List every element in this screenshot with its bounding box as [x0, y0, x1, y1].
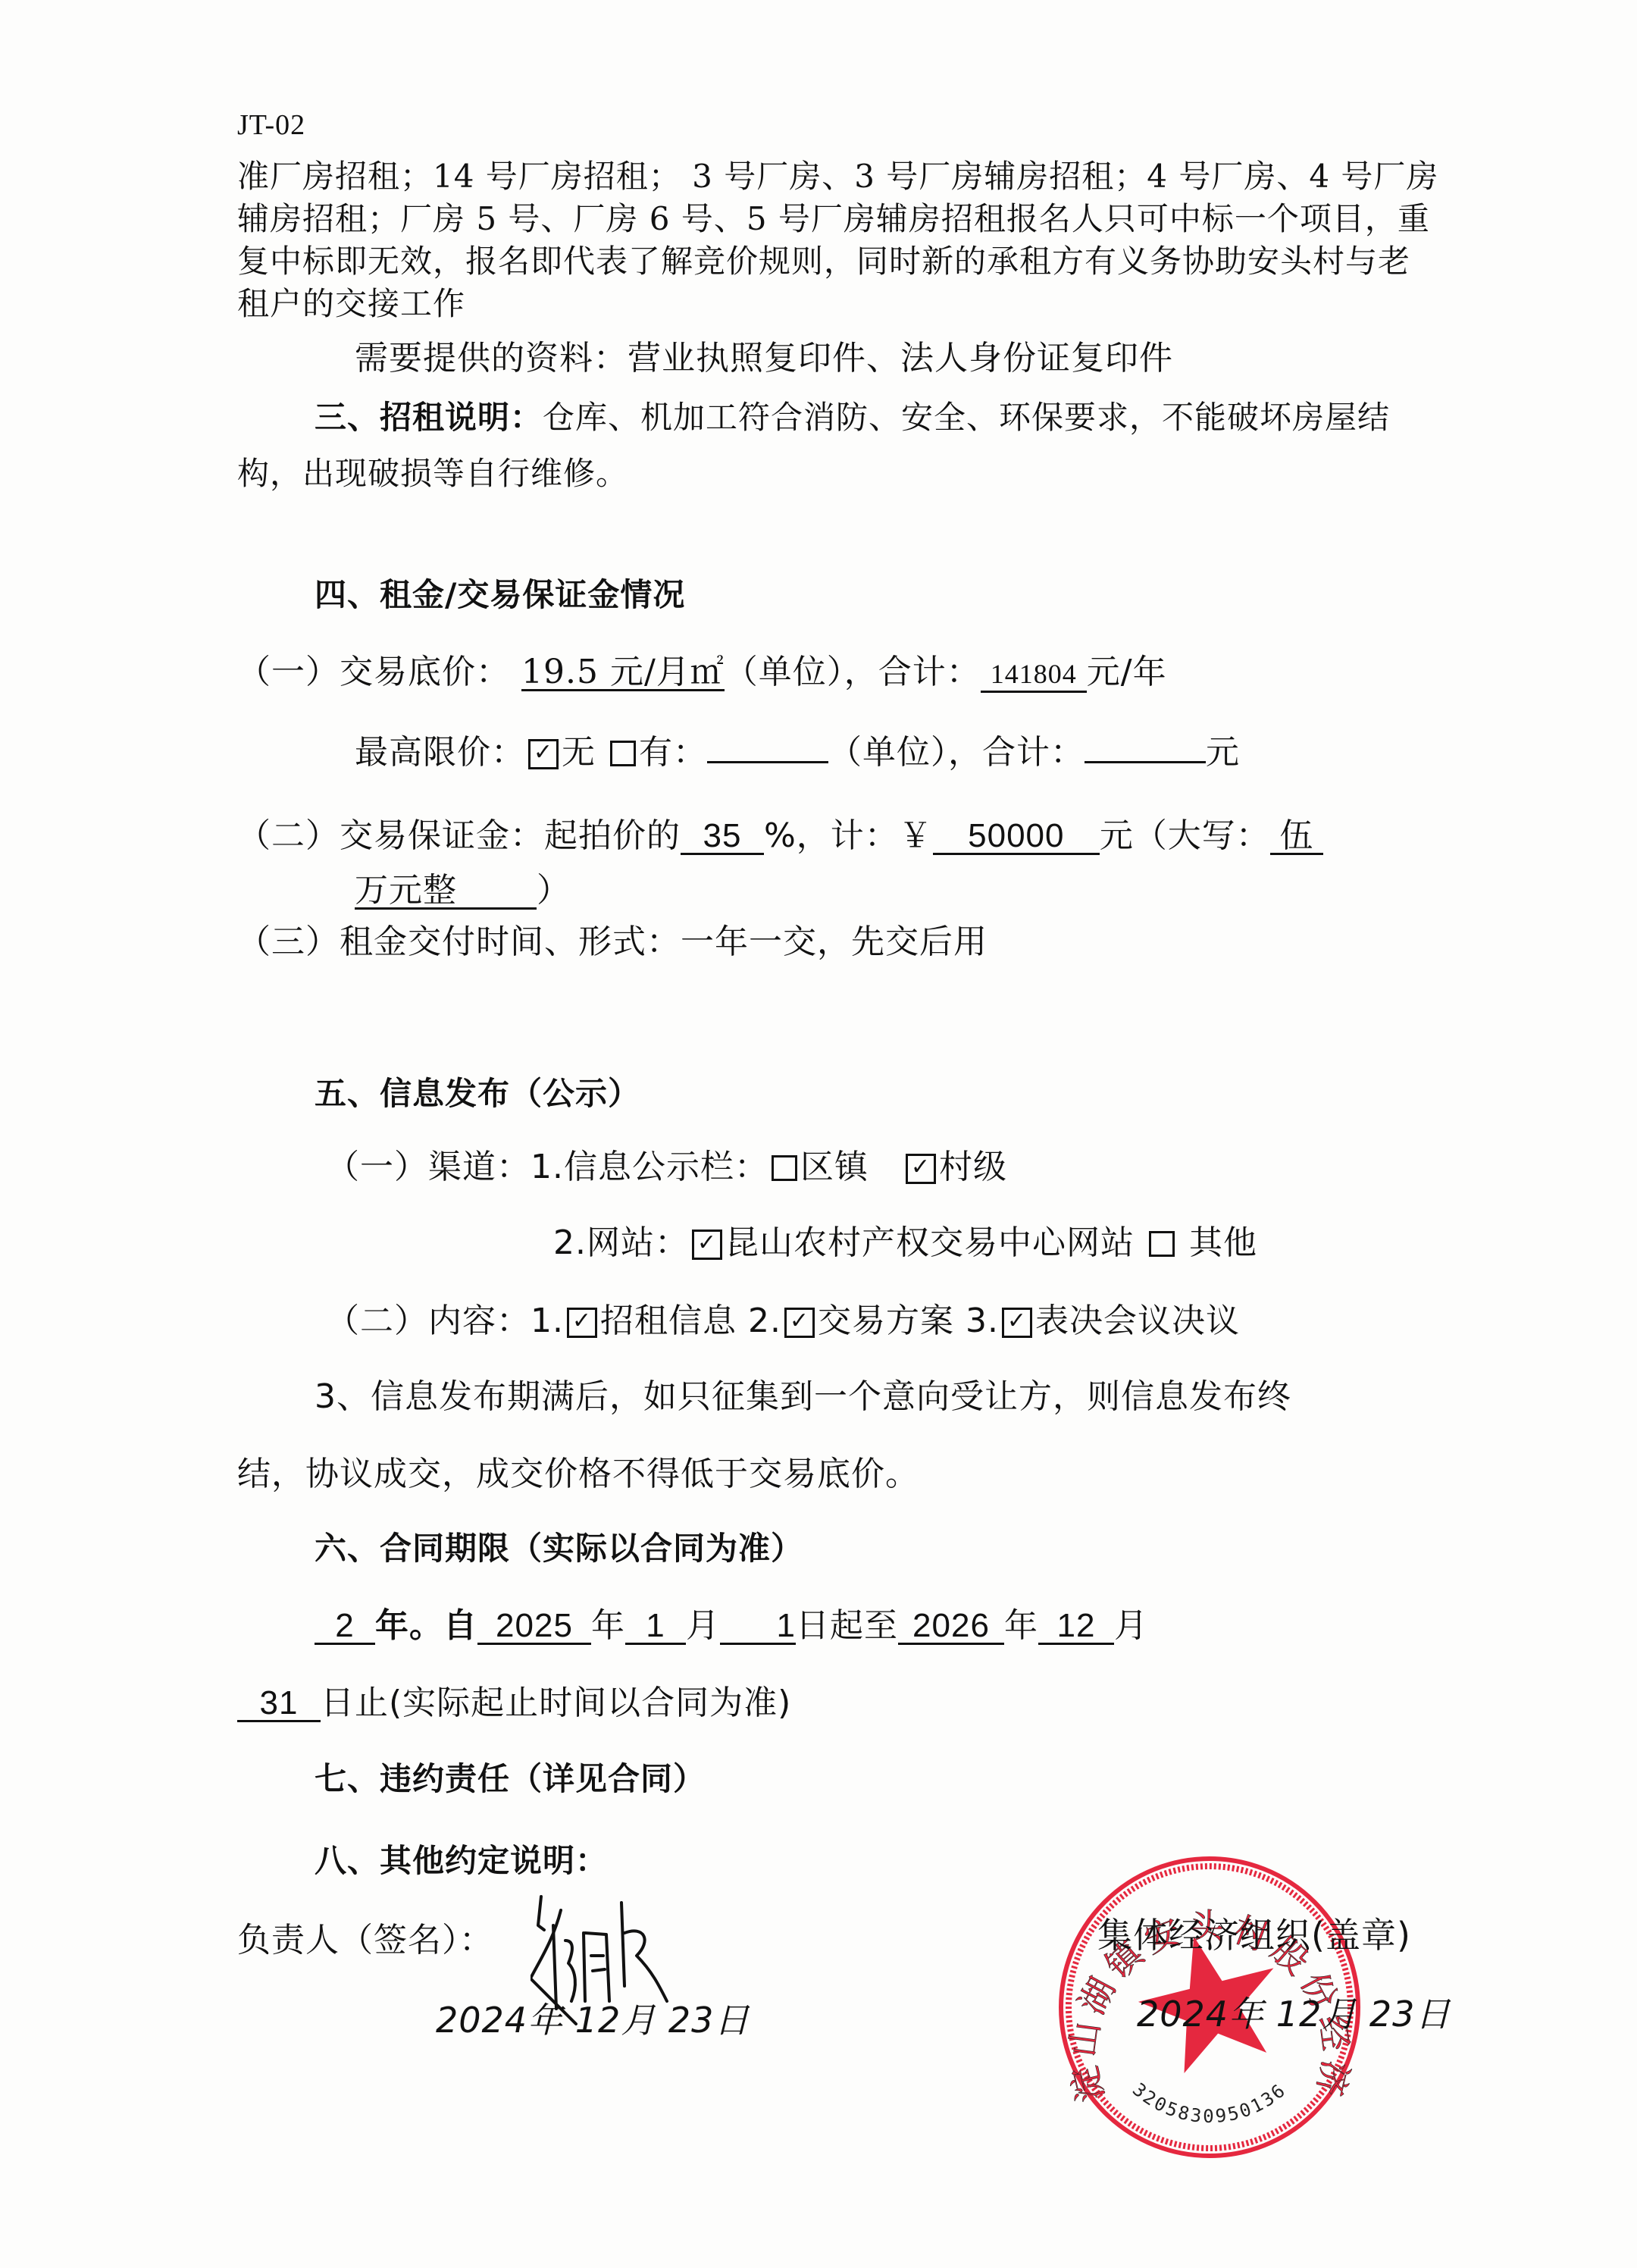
base-price-value: 19.5 元/月㎡	[521, 656, 725, 691]
checkbox-trade-plan[interactable]: ✓	[784, 1308, 815, 1338]
deposit-percent-suffix: %，计：￥	[764, 816, 933, 855]
website-row: 2.网站：✓昆山农村产权交易中心网站 其他	[553, 1224, 1257, 1262]
content-resolution: 表决会议决议	[1035, 1302, 1240, 1340]
document-page: JT-02 准厂房招租；14 号厂房招租； 3 号厂房、3 号厂房辅房招租；4 …	[0, 0, 1637, 2268]
check-icon: ✓	[908, 1157, 934, 1178]
section-8-title: 八、其他约定说明：	[315, 1842, 608, 1880]
check-icon: ✓	[531, 742, 556, 763]
signature-date: 2024年 12月 23日	[436, 2001, 750, 2039]
term-mid: 日起至	[796, 1606, 898, 1645]
term-end-suffix: 日止(实际起止时间以合同为准)	[321, 1684, 791, 1722]
content-rental-info: 招租信息	[600, 1302, 737, 1340]
checkbox-other[interactable]	[1149, 1231, 1175, 1257]
publication-note-line-1: 3、信息发布期满后，如只征集到一个意向受让方，则信息发布终	[315, 1378, 1291, 1416]
paragraph-line: 准厂房招租；14 号厂房招租； 3 号厂房、3 号厂房辅房招租；4 号厂房、4 …	[237, 158, 1438, 196]
content-row: （二）内容：1.✓招租信息 2.✓交易方案 3.✓表决会议决议	[326, 1302, 1240, 1340]
base-price-label: （一）交易底价：	[237, 653, 510, 691]
content-item-num: 3.	[966, 1302, 999, 1340]
end-year: 2026	[898, 1609, 1004, 1645]
month-label: 月	[686, 1606, 720, 1645]
term-row-cont: 31日止(实际起止时间以合同为准)	[237, 1684, 791, 1722]
svg-text:3205830950136: 3205830950136	[1128, 2078, 1291, 2127]
seal-label: 集体经济组织(盖章)	[1097, 1916, 1411, 1954]
seal-code: 3205830950136	[1128, 2078, 1291, 2127]
checkbox-none[interactable]: ✓	[528, 739, 559, 769]
checkbox-rental-info[interactable]: ✓	[567, 1308, 597, 1338]
section-3-line-2: 构，出现破损等自行维修。	[237, 455, 628, 493]
section-5-title: 五、信息发布（公示）	[315, 1075, 640, 1113]
website-label: 2.网站：	[553, 1223, 689, 1262]
deposit-amount: 50000	[933, 819, 1100, 855]
content-item-num: 2.	[748, 1302, 781, 1340]
base-price-total: 141804	[981, 657, 1087, 693]
option-other: 其他	[1189, 1223, 1257, 1262]
option-kunshan-exchange-site: 昆山农村产权交易中心网站	[725, 1223, 1135, 1262]
paragraph-line: 租户的交接工作	[237, 285, 465, 323]
term-row: 2年。自2025年1月1日起至2026年12月	[315, 1607, 1148, 1645]
section-3-line-1: 三、招租说明：仓库、机加工符合消防、安全、环保要求，不能破坏房屋结	[315, 399, 1390, 437]
document-id: JT-02	[237, 106, 305, 144]
channel-row: （一）渠道：1.信息公示栏：区镇 ✓村级	[326, 1148, 1007, 1186]
start-year: 2025	[477, 1609, 591, 1645]
max-price-total-unit: 元	[1206, 733, 1240, 772]
signature-label: 负责人（签名）：	[237, 1922, 493, 1959]
deposit-row-cont: 万元整）	[355, 872, 571, 910]
base-price-row: （一）交易底价： 19.5 元/月㎡（单位），合计：141804元/年	[237, 653, 1167, 693]
checkbox-has[interactable]	[610, 741, 636, 766]
required-documents: 需要提供的资料：营业执照复印件、法人身份证复印件	[355, 340, 1173, 377]
checkbox-kunshan-exchange-site[interactable]: ✓	[692, 1230, 722, 1260]
base-price-total-unit: 元/年	[1087, 653, 1167, 691]
content-item-num: 1.	[531, 1302, 564, 1340]
end-day: 31	[237, 1687, 321, 1722]
section-3-title: 三、招租说明：	[315, 399, 543, 436]
check-icon: ✓	[569, 1311, 595, 1332]
checkbox-district-town[interactable]	[772, 1155, 797, 1181]
year-label: 年	[1004, 1606, 1038, 1645]
seal-date: 2024年 12月 23日	[1137, 1995, 1451, 2033]
term-years: 2	[315, 1609, 375, 1645]
checkbox-village[interactable]: ✓	[906, 1154, 936, 1184]
deposit-label: （二）交易保证金：起拍价的	[237, 816, 681, 855]
publication-note-line-2: 结，协议成交，成交价格不得低于交易底价。	[237, 1455, 919, 1493]
option-district-town: 区镇	[800, 1148, 869, 1186]
deposit-percent: 35	[681, 819, 764, 855]
section-3-text: 仓库、机加工符合消防、安全、环保要求，不能破坏房屋结	[543, 399, 1390, 436]
paragraph-line: 辅房招租；厂房 5 号、厂房 6 号、5 号厂房辅房招租报名人只可中标一个项目，…	[237, 200, 1430, 238]
check-icon: ✓	[787, 1311, 812, 1332]
max-price-unit-blank[interactable]	[707, 761, 828, 763]
end-month: 12	[1038, 1609, 1114, 1645]
deposit-words-part2: 万元整	[355, 874, 537, 910]
section-6-title: 六、合同期限（实际以合同为准）	[315, 1530, 803, 1568]
section-4-title: 四、租金/交易保证金情况	[315, 576, 685, 614]
section-7-title: 七、违约责任（详见合同）	[315, 1760, 706, 1798]
month-label: 月	[1114, 1606, 1148, 1645]
start-month: 1	[625, 1609, 686, 1645]
payment-terms: （三）租金交付时间、形式：一年一交，先交后用	[237, 923, 988, 961]
channel-label: （一）渠道：1.信息公示栏：	[326, 1148, 768, 1186]
term-years-suffix: 年。自	[375, 1606, 477, 1645]
option-has-label: 有：	[639, 733, 707, 772]
deposit-row: （二）交易保证金：起拍价的35%，计：￥50000元（大写：伍	[237, 817, 1323, 855]
deposit-words-part1: 伍	[1270, 819, 1323, 855]
check-icon: ✓	[694, 1233, 720, 1254]
start-day: 1	[720, 1609, 796, 1645]
max-price-unit-label: （单位），合计：	[828, 733, 1085, 772]
max-price-total-blank[interactable]	[1085, 761, 1206, 763]
max-price-label: 最高限价：	[355, 733, 525, 772]
paragraph-line: 复中标即无效，报名即代表了解竞价规则，同时新的承租方有义务协助安头村与老	[237, 243, 1410, 280]
option-village: 村级	[939, 1148, 1007, 1186]
deposit-close-paren: ）	[537, 871, 571, 910]
max-price-row: 最高限价：✓无 有：（单位），合计：元	[355, 734, 1240, 772]
deposit-amount-unit: 元（大写：	[1100, 816, 1270, 855]
year-label: 年	[591, 1606, 625, 1645]
check-icon: ✓	[1004, 1311, 1030, 1332]
content-label: （二）内容：	[326, 1302, 531, 1340]
checkbox-resolution[interactable]: ✓	[1002, 1308, 1032, 1338]
content-trade-plan: 交易方案	[818, 1302, 954, 1340]
option-none-label: 无	[562, 733, 596, 772]
base-price-unit-label: （单位），合计：	[725, 653, 981, 691]
